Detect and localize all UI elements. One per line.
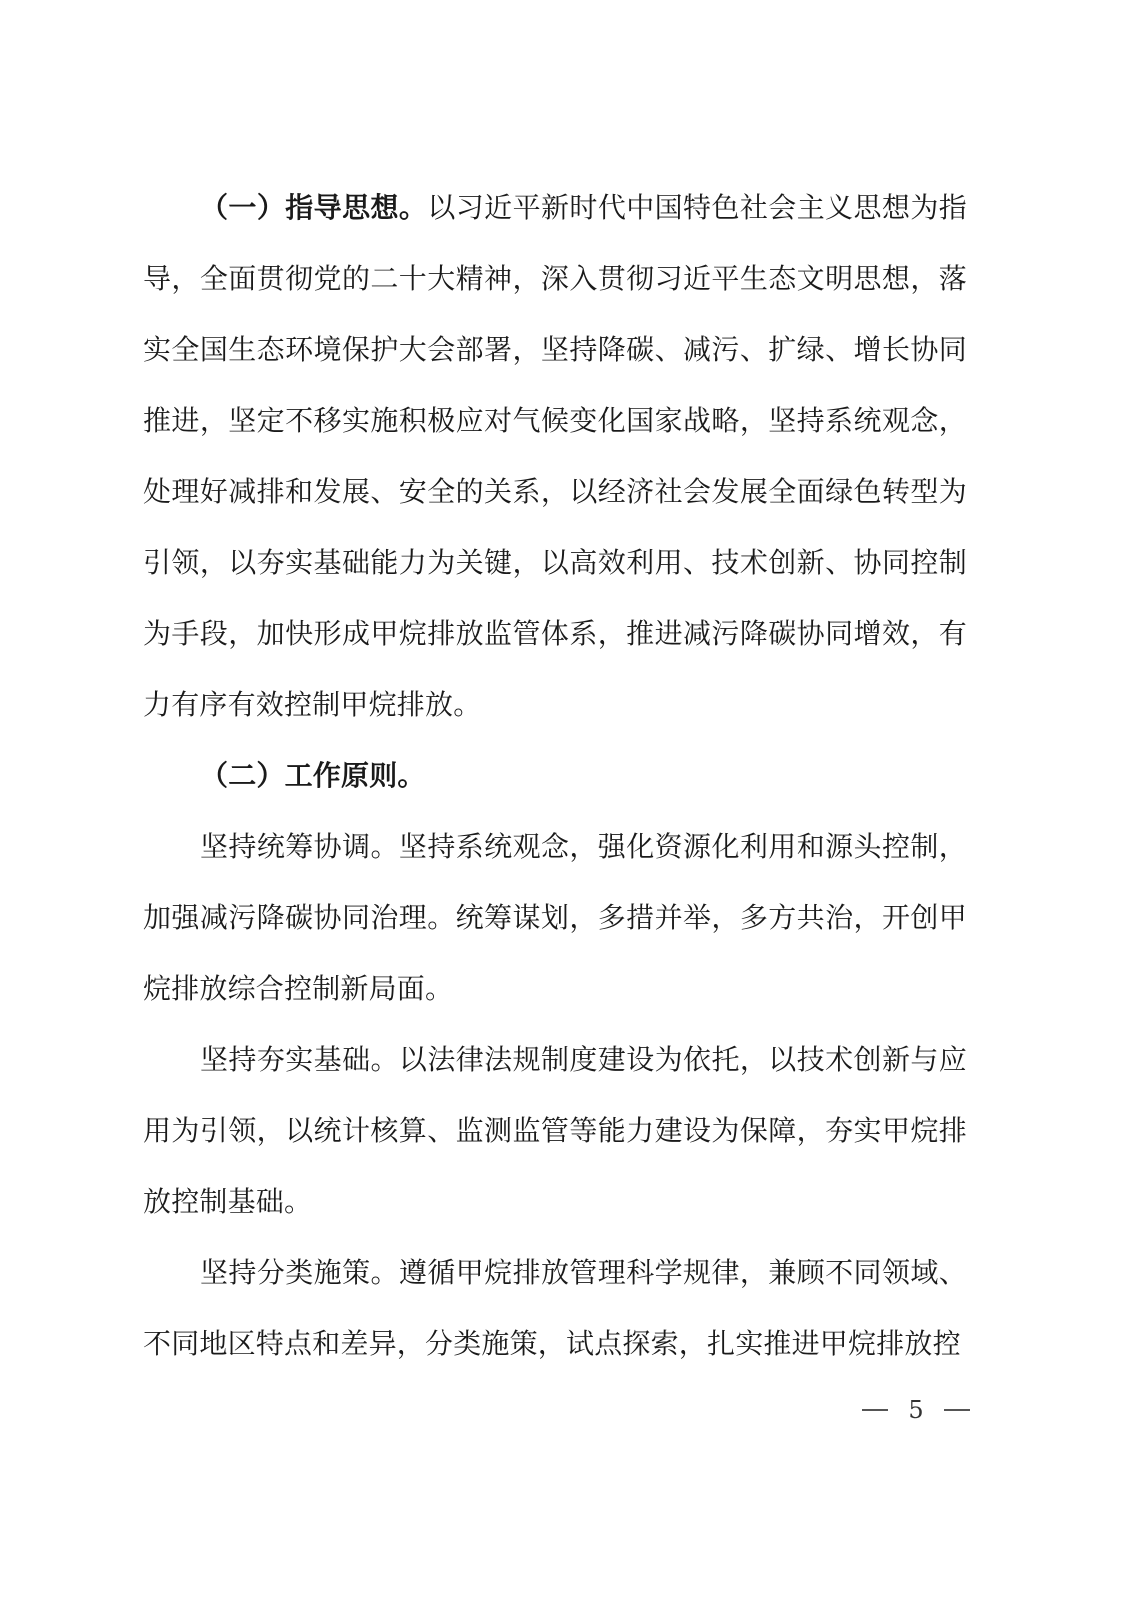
principle-paragraph: 坚持夯实基础。以法律法规制度建设为依托，以技术创新与应用为引领，以统计核算、监测… [143, 1024, 967, 1237]
page-footer: 5 [862, 1392, 970, 1428]
paragraph-guiding-ideology: （一）指导思想。以习近平新时代中国特色社会主义思想为指导，全面贯彻党的二十大精神… [143, 172, 967, 740]
principle-title: 坚持统筹协调。 [200, 830, 399, 863]
section-body-guiding-ideology: 以习近平新时代中国特色社会主义思想为指导，全面贯彻党的二十大精神，深入贯彻习近平… [143, 191, 967, 721]
principle-paragraph: 坚持统筹协调。坚持系统观念，强化资源化利用和源头控制，加强减污降碳协同治理。统筹… [143, 811, 967, 1024]
section-heading-working-principles: （二）工作原则。 [143, 740, 967, 811]
principle-title: 坚持分类施策。 [200, 1256, 399, 1289]
principle-title: 坚持夯实基础。 [200, 1043, 399, 1076]
document-page: （一）指导思想。以习近平新时代中国特色社会主义思想为指导，全面贯彻党的二十大精神… [143, 172, 967, 1379]
footer-dash-left [862, 1409, 888, 1411]
section-heading-guiding-ideology: （一）指导思想。 [200, 191, 427, 224]
page-number: 5 [908, 1396, 923, 1424]
principle-paragraph: 坚持分类施策。遵循甲烷排放管理科学规律，兼顾不同领域、不同地区特点和差异，分类施… [143, 1237, 967, 1379]
footer-dash-right [944, 1409, 970, 1411]
